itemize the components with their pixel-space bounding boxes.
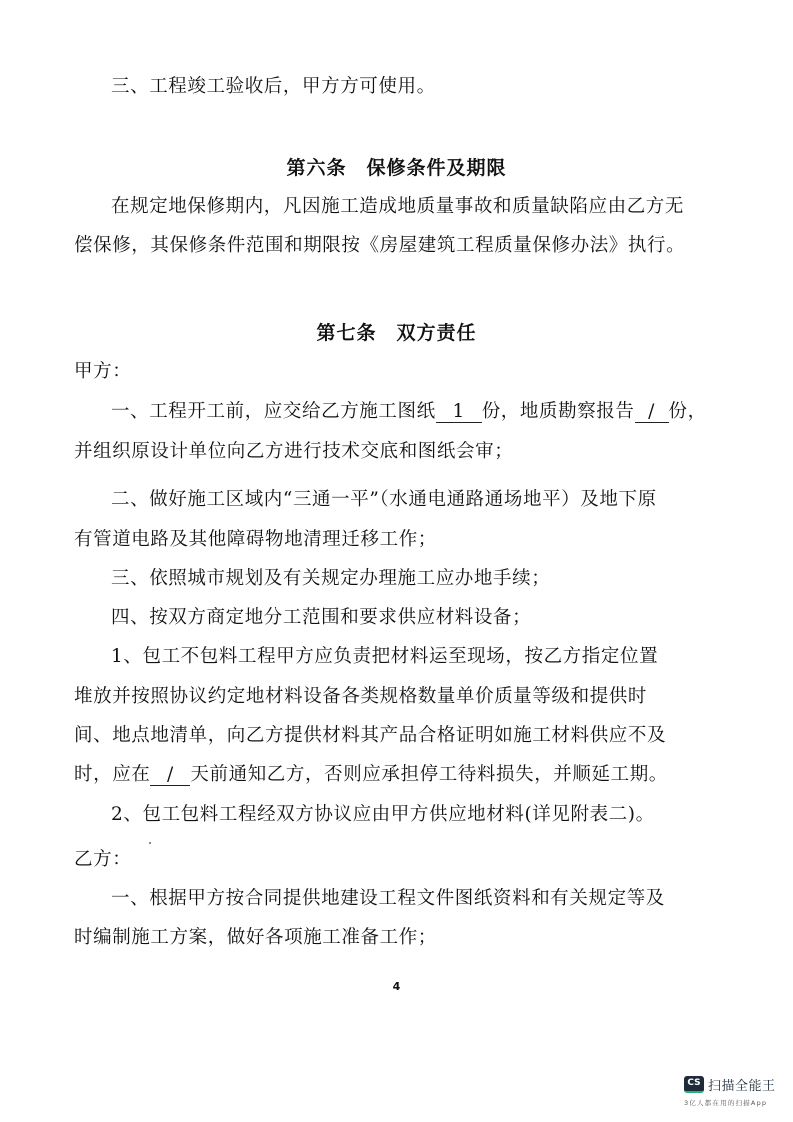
watermark-tagline: 3亿人都在用的扫描App [684, 1098, 789, 1107]
notice-days-field: / [150, 765, 190, 786]
camscanner-logo-icon: CS [684, 1076, 704, 1093]
article-6-heading: 第六条 保修条件及期限 [0, 153, 793, 180]
clause-4-1-text-post: 天前通知乙方，否则应承担停工待料损失，并顺延工期。 [190, 764, 668, 785]
party-a-label: 甲方： [74, 360, 131, 384]
party-b-clause-1-line-1: 一、根据甲方按合同提供地建设工程文件图纸资料和有关规定等及 [111, 887, 665, 911]
party-a-clause-1-line-1: 一、工程开工前，应交给乙方施工图纸1份，地质勘察报告/份， [111, 400, 707, 424]
watermark-brand: CS 扫描全能王 [684, 1075, 789, 1094]
party-a-clause-3: 三、依照城市规划及有关规定办理施工应办地手续； [111, 567, 550, 591]
drawings-count-field: 1 [436, 402, 482, 423]
party-a-clause-4-1-line-3: 间、地点地清单，向乙方提供材料其产品合格证明如施工材料供应不及 [74, 724, 666, 748]
clause-1-text-post: 份， [669, 401, 707, 422]
party-a-clause-4-1-line-1: 1、包工不包料工程甲方应负责把材料运至现场，按乙方指定位置 [111, 645, 658, 669]
watermark-app-name: 扫描全能王 [708, 1075, 776, 1094]
clause-4-1-text-pre: 时，应在 [74, 764, 150, 785]
page-number: 4 [0, 980, 793, 993]
clause-1-text-mid: 份，地质勘察报告 [482, 401, 635, 422]
party-b-label: 乙方： [74, 848, 131, 872]
survey-report-count-field: / [635, 402, 669, 423]
article-6-paragraph-line-2: 偿保修，其保修条件范围和期限按《房屋建筑工程质量保修办法》执行。 [74, 234, 685, 258]
party-a-clause-1-line-2: 并组织原设计单位向乙方进行技术交底和图纸会审； [74, 440, 513, 464]
party-a-clause-4-1-line-2: 堆放并按照协议约定地材料设备各类规格数量单价质量等级和提供时 [74, 685, 647, 709]
party-a-clause-2-line-1: 二、做好施工区域内“三通一平”（水通电通路通场地平）及地下原 [111, 488, 657, 512]
party-a-clause-4-2: 2、包工包料工程经双方协议应由甲方供应地材料(详见附表二)。 [111, 803, 655, 827]
party-a-clause-4: 四、按双方商定地分工范围和要求供应材料设备； [111, 606, 531, 630]
party-a-clause-2-line-2: 有管道电路及其他障碍物地清理迁移工作； [74, 528, 437, 552]
article-7-heading: 第七条 双方责任 [0, 318, 793, 345]
scan-speck [149, 842, 151, 844]
clause-completion-use: 三、工程竣工验收后，甲方方可使用。 [111, 75, 436, 99]
clause-1-text-pre: 一、工程开工前，应交给乙方施工图纸 [111, 401, 436, 422]
party-b-clause-1-line-2: 时编制施工方案，做好各项施工准备工作； [74, 926, 437, 950]
camscanner-watermark: CS 扫描全能王 3亿人都在用的扫描App [684, 1075, 789, 1107]
article-6-paragraph-line-1: 在规定地保修期内，凡因施工造成地质量事故和质量缺陷应由乙方无 [111, 195, 684, 219]
party-a-clause-4-1-line-4: 时，应在/天前通知乙方，否则应承担停工待料损失，并顺延工期。 [74, 763, 668, 787]
